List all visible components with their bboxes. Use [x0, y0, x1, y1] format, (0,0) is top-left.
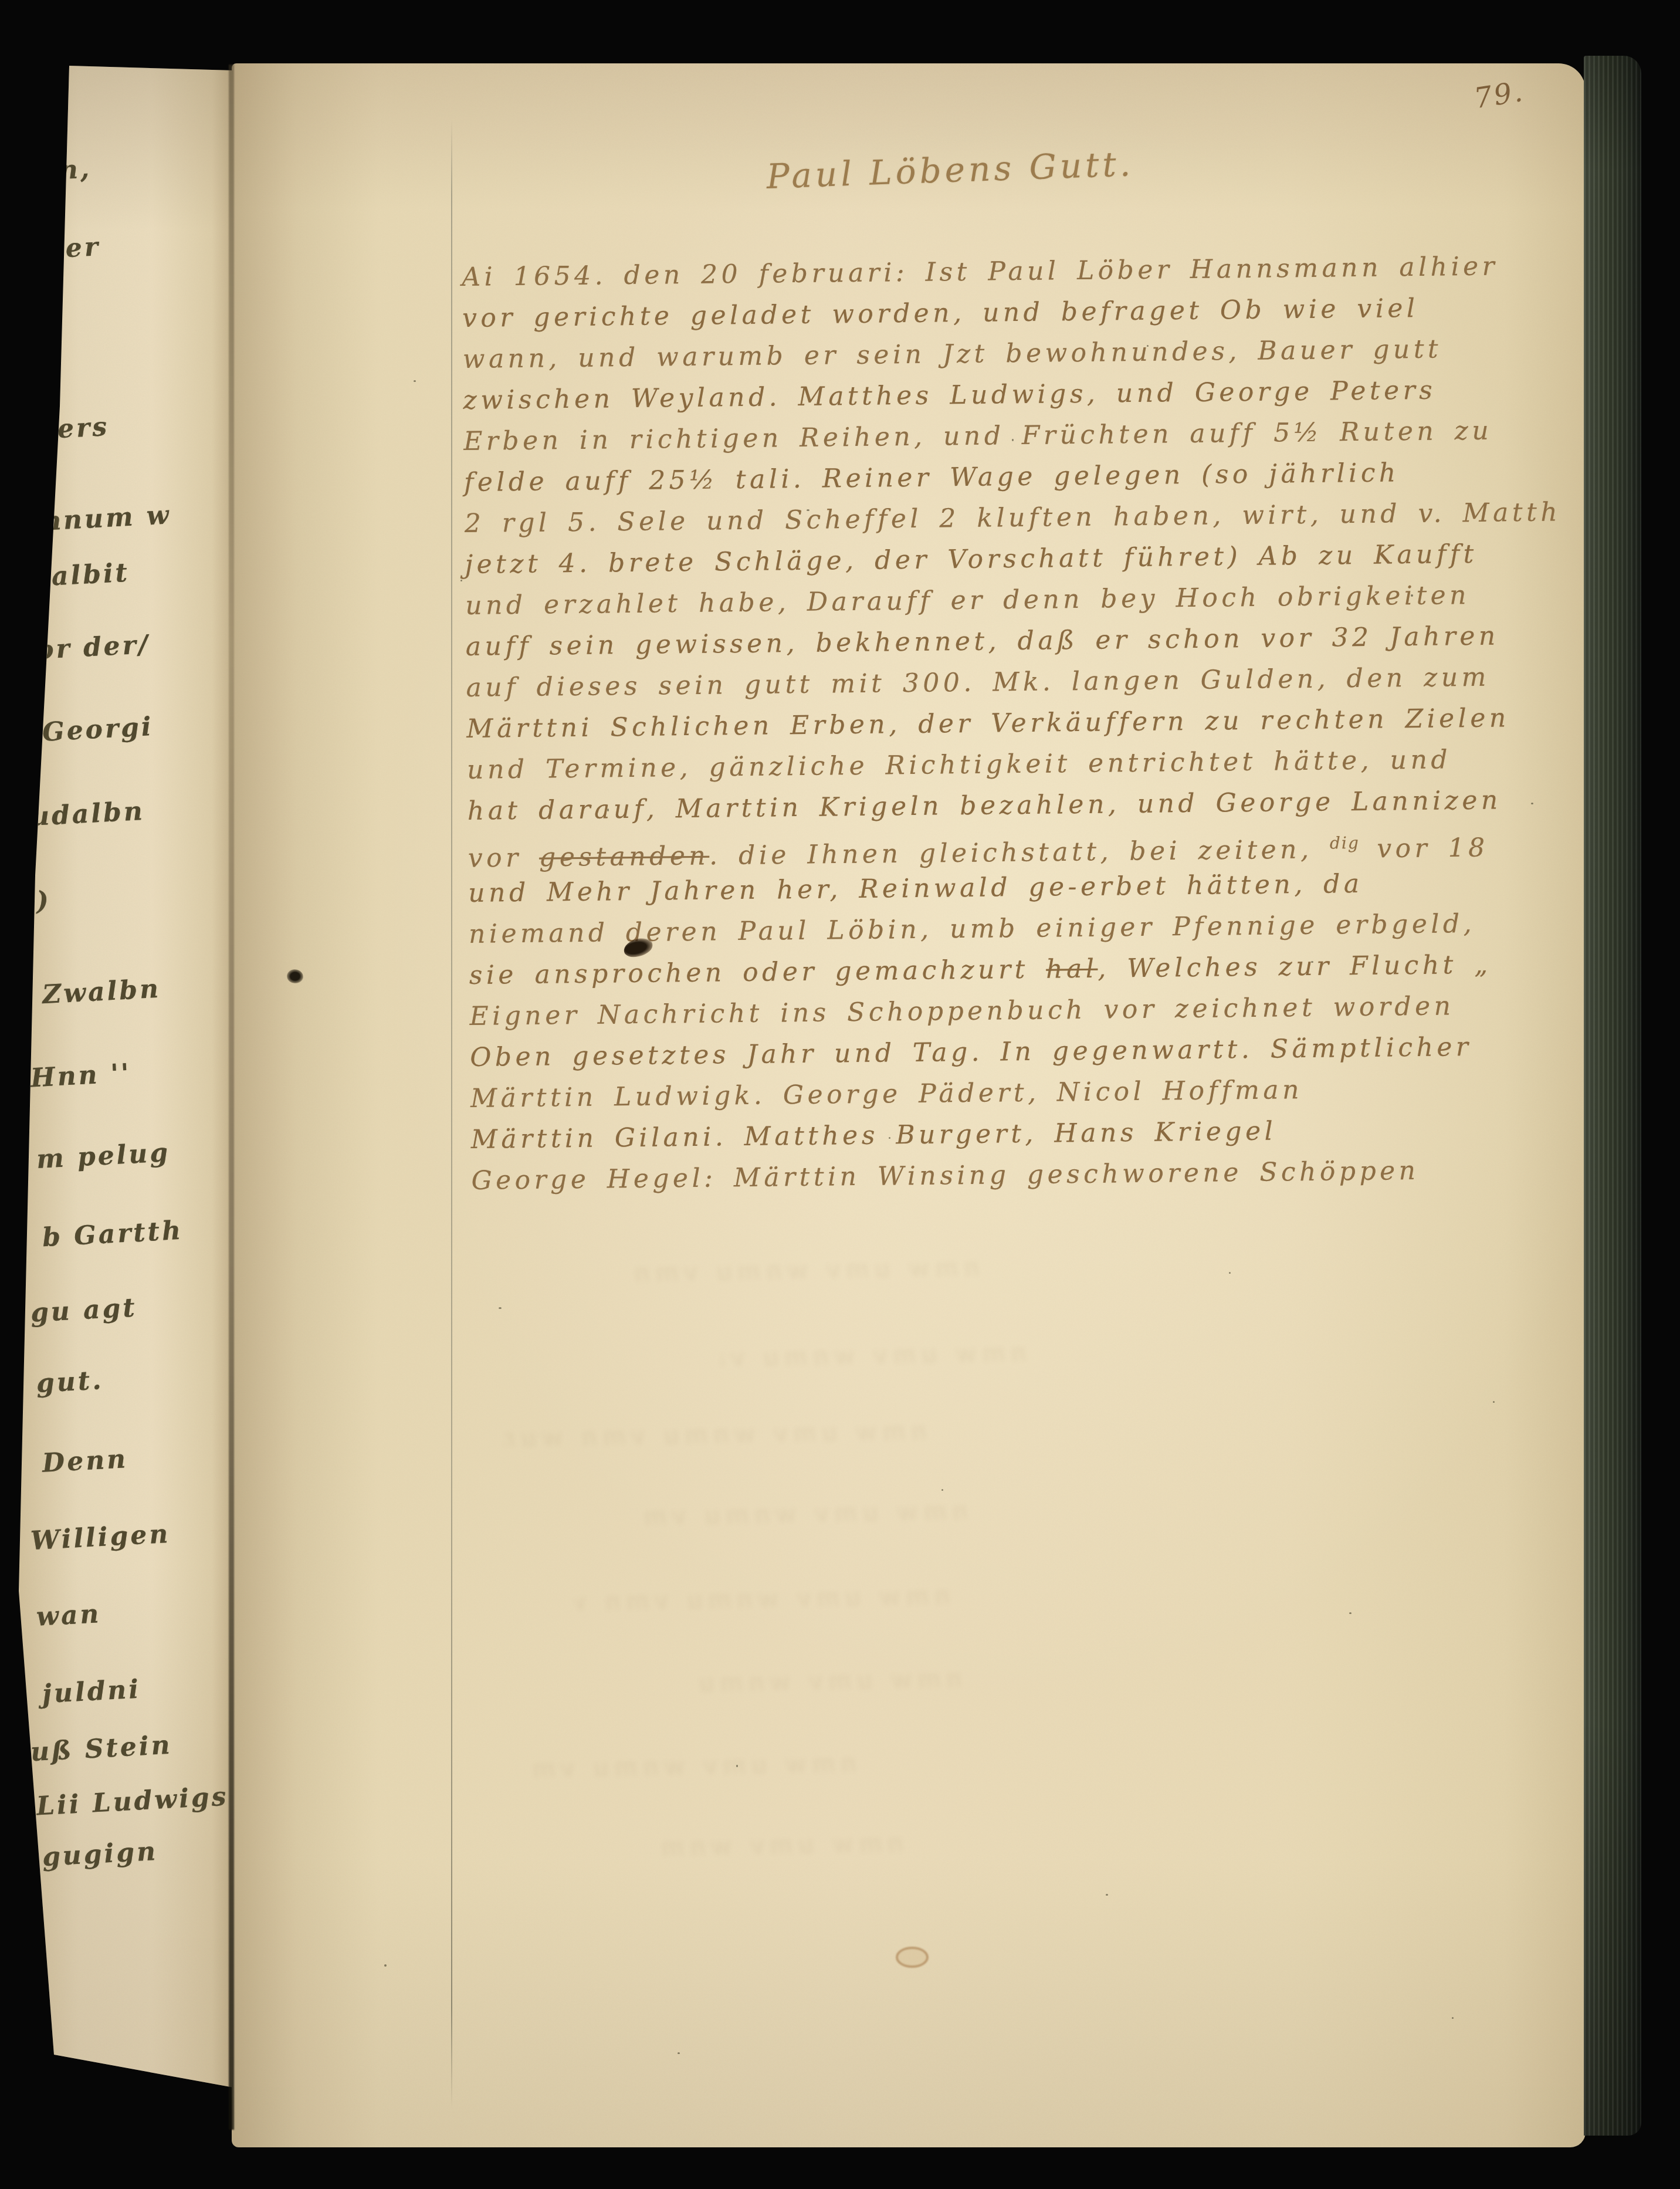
line-text: und Termine, gänzliche Richtigkeit entri… [467, 745, 1451, 785]
line-text: auf dieses sein gutt mit 300. Mk. langen… [466, 662, 1490, 703]
line-text: Ai 1654. den 20 februari: Ist Paul Löber… [462, 251, 1498, 292]
paper-fleck [1012, 439, 1014, 441]
ink-bleedthrough: nmw umv wnmu vmn wum nvw mun wvm num [639, 1496, 968, 1531]
line-text: George Hegel: Märttin Winsing geschworen… [471, 1156, 1420, 1196]
struck-word: hal [1046, 954, 1098, 984]
margin-fragment: gu agt [30, 1293, 138, 1328]
line-text: zwischen Weyland. Matthes Ludwigs, und G… [463, 375, 1436, 415]
margin-fragment: lzer [36, 232, 101, 265]
ink-bleedthrough: nmw umv wnmu vmn wum nvw mun wvm num [657, 1828, 904, 1861]
book-page-edges [1584, 56, 1641, 2136]
ink-bleedthrough: nmw umv wnmu vmn wum nvw mun wvm num [616, 1253, 980, 1288]
line-text: niemand deren Paul Löbin, umb einiger Pf… [469, 909, 1475, 949]
paper-fleck [807, 509, 809, 511]
margin-fragment: Hnn '' [30, 1058, 132, 1094]
margin-fragment: Denn [42, 1444, 129, 1478]
line-text: auff sein gewissen, bekhennet, daß er sc… [466, 621, 1499, 662]
paper-fleck [1493, 1401, 1495, 1403]
paper-fleck [384, 1964, 387, 1967]
margin-fragment: gut. [36, 1365, 104, 1399]
line-text: vor gerichte geladet worden, und befrage… [462, 293, 1419, 333]
photographed-manuscript-scan: { "colors":{ "background":"#060606", "pa… [0, 0, 1680, 2189]
margin-rule-line [451, 119, 452, 2108]
margin-fragment: ttn, [30, 154, 92, 187]
line-text: Oben gesetztes Jahr und Tag. In gegenwar… [470, 1032, 1472, 1072]
margin-fragment: b Gartth [42, 1216, 184, 1253]
paper-fleck [1452, 2017, 1454, 2019]
ink-bleedthrough: nmw umv wnmu vmn wum nvw mun wvm num [528, 1748, 857, 1783]
margin-fragment: uers [36, 412, 110, 445]
page-number: 79. [1472, 75, 1526, 116]
line-text: jetzt 4. brete Schläge, der Vorschatt fü… [465, 539, 1478, 580]
paper-fleck [499, 1307, 502, 1309]
line-text: Märttin Gilani. Matthes Burgert, Hans Kr… [470, 1117, 1276, 1155]
line-text: , Welches zur Flucht „ [1098, 950, 1492, 984]
manuscript-page: 79. Paul Löbens Gutt. Ai 1654. den 20 fe… [232, 63, 1586, 2147]
paper-fleck [1229, 1272, 1231, 1274]
paper-fleck [414, 380, 416, 382]
margin-fragment: nnum w [42, 500, 172, 536]
paper-fleck [1147, 345, 1149, 347]
paper-fleck [460, 580, 462, 581]
line-text: felde auff 25½ tali. Reiner Wage gelegen… [464, 458, 1400, 498]
paper-fleck [1106, 1894, 1108, 1896]
margin-fragment: wan [36, 1599, 102, 1632]
line-text: und Mehr Jahren her, Reinwald ge-erbet h… [468, 869, 1363, 908]
line-text: Märttin Ludwigk. George Pädert, Nicol Ho… [470, 1075, 1303, 1114]
paper-fleck [1349, 1612, 1352, 1614]
line-text: Märttni Schlichen Erben, der Verkäuffern… [466, 703, 1510, 744]
ink-smudge [287, 969, 303, 983]
margin-fragment: , [30, 365, 43, 395]
margin-fragment: m pelug [36, 1138, 171, 1175]
paper-fleck [678, 2052, 680, 2054]
paper-fleck [1311, 961, 1313, 963]
margin-fragment: udalbn [30, 796, 145, 832]
margin-fragment: uß Stein [30, 1730, 173, 1768]
margin-fragment: ualbit [30, 558, 130, 593]
line-text: Erben in richtigen Reihen, und Früchten … [463, 416, 1492, 456]
margin-fragment: Zwalbn [42, 974, 161, 1010]
ink-bleedthrough: nmw umv wnmu vmn wum nvw mun wvm num [575, 1581, 951, 1616]
margin-fragment: ) [36, 885, 52, 916]
paper-fleck [1531, 803, 1533, 804]
paper-fleck [607, 808, 609, 811]
margin-fragment: Willigen [30, 1519, 171, 1556]
line-text: sie ansprochen oder gemachzurt [469, 955, 1046, 990]
line-text: Eigner Nachricht ins Schoppenbuch vor ze… [469, 991, 1454, 1031]
binding-gutter-crease [229, 65, 234, 2130]
line-text: vor [468, 843, 539, 873]
struck-word: gestanden [539, 841, 710, 872]
line-text: wann, und warumb er sein Jzt bewohnundes… [463, 334, 1442, 374]
paper-fleck [889, 1137, 890, 1139]
margin-fragment: or der/ [36, 630, 151, 665]
line-text: und erzahlet habe, Darauff er denn bey H… [465, 580, 1470, 621]
entry-heading: Paul Löbens Gutt. [686, 141, 1215, 199]
stain-mark [896, 1947, 929, 1968]
entry-body-text: Ai 1654. den 20 februari: Ist Paul Löber… [462, 246, 1551, 1202]
line-text: 2 rgl 5. Sele und Scheffel 2 kluften hab… [464, 497, 1561, 539]
ink-bleedthrough: nmw umv wnmu vmn wum nvw mun wvm num [692, 1664, 963, 1697]
paper-fleck [941, 1489, 943, 1491]
line-text: vor 18 [1360, 833, 1489, 864]
line-text: . die Ihnen gleichstatt, bei zeiten, [709, 834, 1330, 871]
margin-fragment: Lii Ludwigs [36, 1781, 229, 1821]
margin-fragment: juldni [42, 1674, 142, 1710]
margin-fragment: gugign [42, 1836, 158, 1872]
margin-fragment: b [42, 303, 63, 334]
superscript-insertion: dig [1330, 833, 1360, 853]
paper-fleck [736, 1765, 738, 1767]
previous-page-edge: ttn,lzerb,uersnnum wualbitor der/Georgiu… [18, 66, 233, 2089]
margin-fragment: Georgi [42, 712, 154, 747]
paper-fleck [1411, 594, 1413, 597]
ink-bleedthrough: nmw umv wnmu vmn wum nvw mun wvm num [722, 1338, 1027, 1372]
line-text: hat darauf, Marttin Krigeln bezahlen, un… [468, 785, 1502, 825]
ink-bleedthrough: nmw umv wnmu vmn wum nvw mun wvm num [504, 1416, 927, 1453]
